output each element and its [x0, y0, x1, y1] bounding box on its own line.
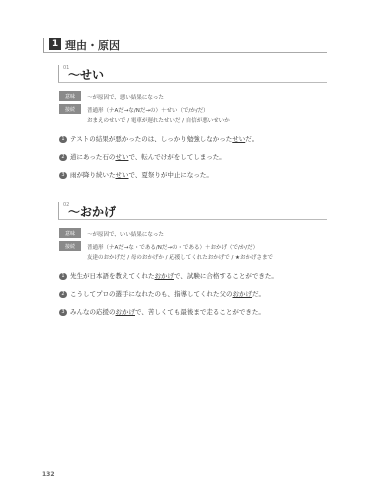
- usage-examples: おまえのせいで / 電車が遅れたせいだ / 自信が悪いせいか: [87, 116, 230, 124]
- key-phrase: おかげ: [233, 290, 253, 298]
- example-number: 2: [59, 154, 67, 161]
- connection-text: 普通形（ナAだ→な・である/Nだ→の・である）＋おかげ（で/か/だ）: [87, 243, 258, 251]
- section-header-okage: 02 〜おかげ: [58, 202, 327, 220]
- key-phrase: せい: [232, 135, 245, 143]
- key-phrase: せい: [116, 171, 129, 179]
- connection-tag: 接続: [59, 104, 81, 114]
- example-sentence: 1テストの結果が悪かったのは、しっかり勉強しなかったせいだ。: [59, 134, 258, 143]
- meaning-text: 〜が原因で、悪い結果になった: [87, 93, 164, 101]
- example-sentence: 2道にあった石のせいで、転んでけがをしてしまった。: [59, 152, 226, 161]
- example-sentence: 1先生が日本語を教えてくれたおかげで、試験に合格することができた。: [59, 271, 278, 280]
- usage-examples: 友達のおかげだ / 母のおかげか / 応援してくれたおかげで / ★おかげさまで: [87, 253, 273, 261]
- example-number: 1: [59, 273, 67, 280]
- example-sentence: 2こうしてプロの選手になれたのも、指導してくれた父のおかげだ。: [59, 289, 265, 298]
- example-number: 3: [59, 172, 67, 179]
- meaning-tag: 意味: [59, 228, 81, 238]
- section-title: 〜せい: [68, 66, 104, 83]
- key-phrase: せい: [115, 153, 128, 161]
- example-sentence: 3雨が降り続いたせいで、夏祭りが中止になった。: [59, 170, 213, 179]
- chapter-header: 1 理由・原因: [43, 38, 327, 53]
- meaning-text: 〜が原因で、いい結果になった: [87, 230, 164, 238]
- example-number: 1: [59, 136, 67, 143]
- example-sentence: 3みんなの応援のおかげで、苦しくても最後まで走ることができた。: [59, 307, 265, 316]
- example-number: 3: [59, 309, 67, 316]
- meaning-tag: 意味: [59, 91, 81, 101]
- section-header-sei: 01 〜せい: [58, 65, 327, 83]
- connection-tag: 接続: [59, 241, 81, 251]
- example-number: 2: [59, 291, 67, 298]
- connection-text: 普通形（ナAだ→な/Nだ→の）＋せい（で/か/だ）: [87, 106, 209, 114]
- chapter-number: 1: [49, 38, 61, 50]
- section-title: 〜おかげ: [68, 203, 116, 220]
- key-phrase: おかげ: [155, 272, 175, 280]
- page-number: 132: [42, 471, 55, 478]
- key-phrase: おかげ: [116, 308, 136, 316]
- chapter-title: 理由・原因: [65, 37, 120, 53]
